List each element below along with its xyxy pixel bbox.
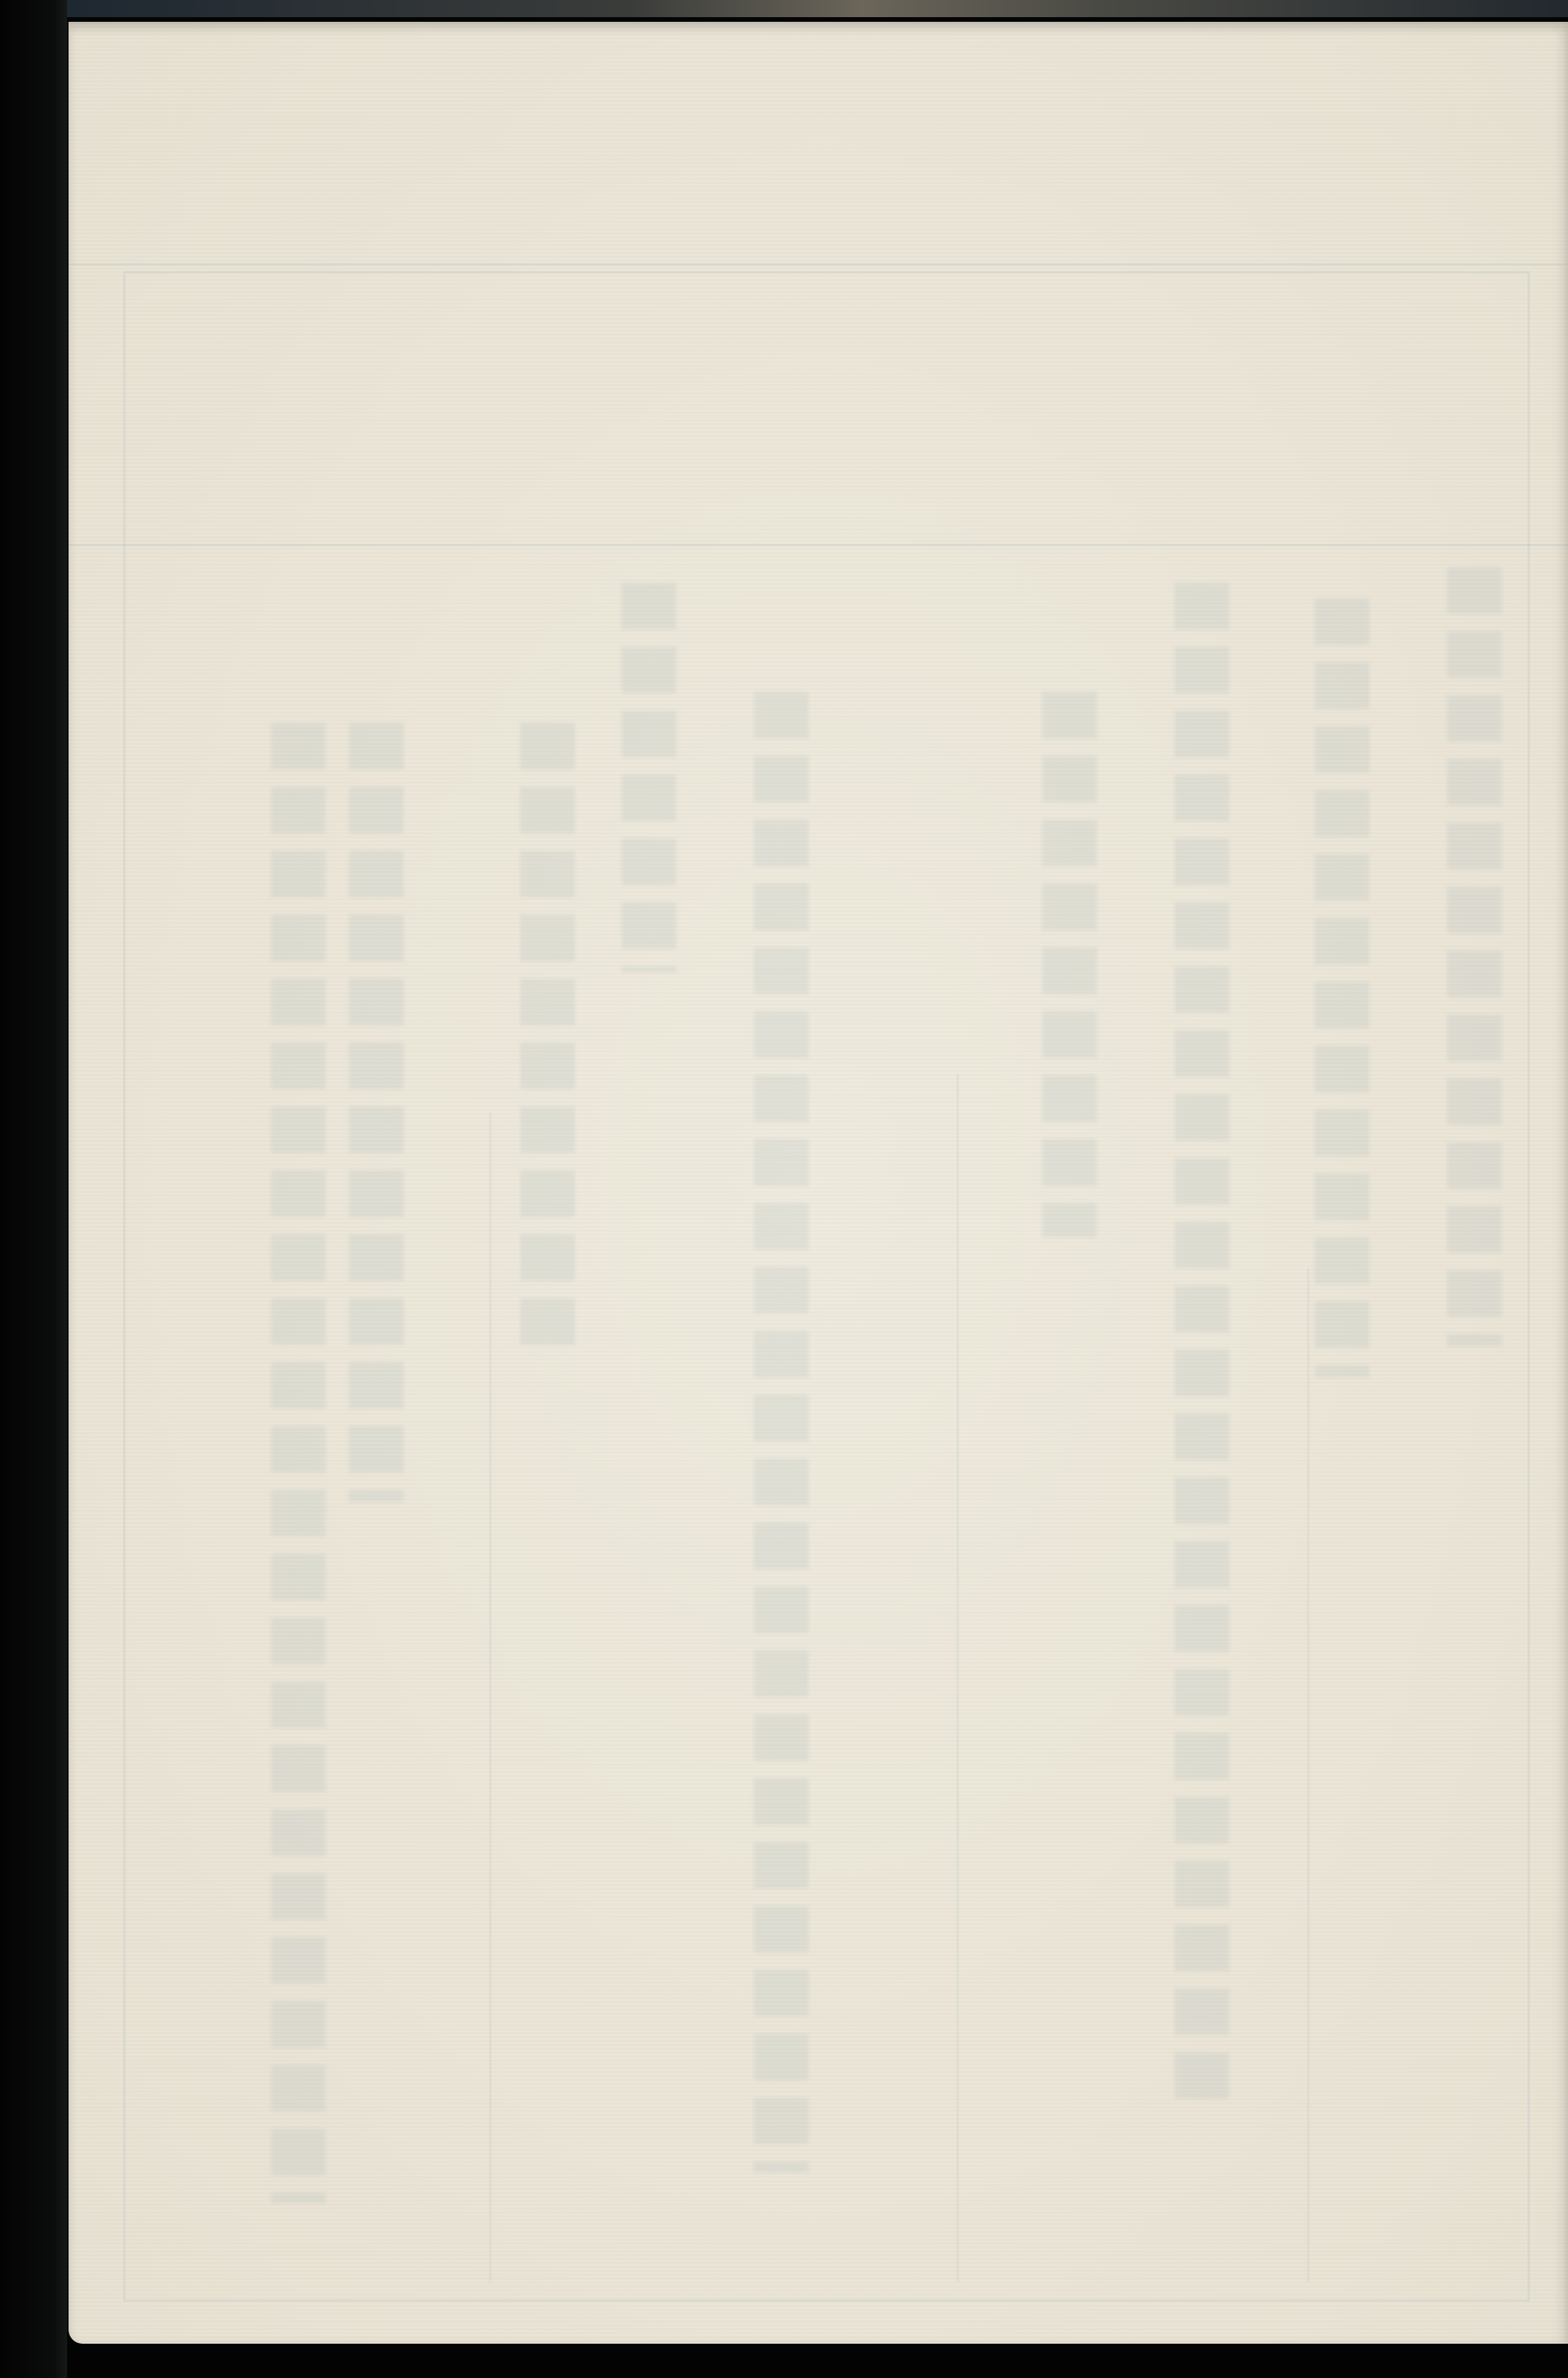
scanner-top-edge — [0, 0, 1568, 17]
bleed-through-rule — [69, 263, 1568, 266]
bleed-through-column-rule — [957, 1074, 959, 2281]
bleed-through-text-column — [754, 692, 809, 2172]
bleed-through-text-column — [1315, 598, 1369, 1378]
bleed-through-text-column — [271, 723, 326, 2203]
scanner-left-edge — [0, 0, 67, 2378]
bleed-through-text-column — [349, 723, 403, 1502]
bleed-through-text-column — [520, 723, 575, 1346]
bleed-through-text-column — [1042, 692, 1097, 1237]
blank-page — [69, 22, 1568, 2344]
bleed-through-text-column — [622, 583, 676, 972]
scanner-bottom-edge — [69, 2344, 1568, 2378]
bleed-through-text-column — [1447, 567, 1502, 1346]
bleed-through-text-column — [1175, 583, 1229, 2102]
bleed-through-column-rule — [489, 1113, 492, 2281]
bleed-through-column-rule — [1307, 1268, 1309, 2281]
